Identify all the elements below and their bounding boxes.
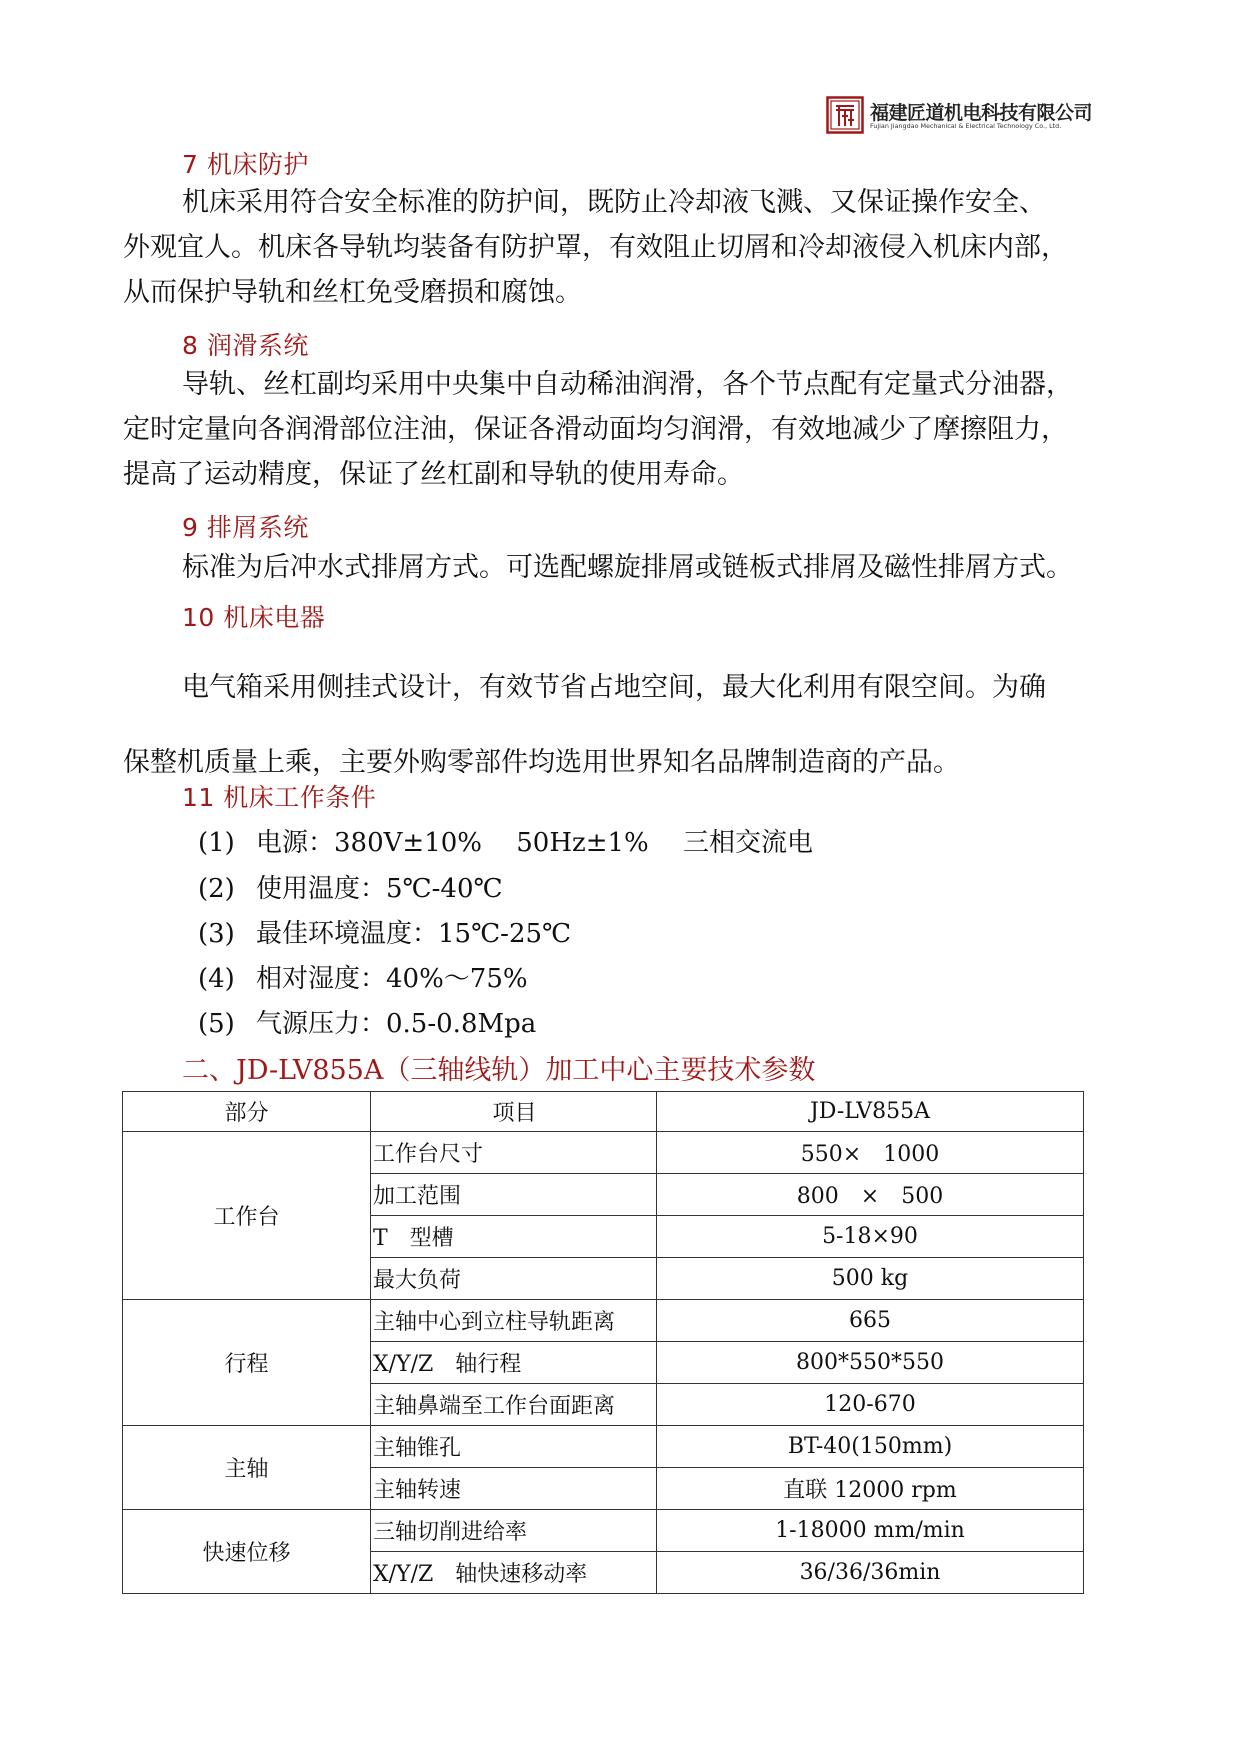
item-cell: 主轴鼻端至工作台面距离 bbox=[371, 1384, 657, 1426]
company-name-cn: 福建匠道机电科技有限公司 bbox=[870, 98, 1092, 125]
spec-section-title: 二、JD-LV855A（三轴线轨）加工中心主要技术参数 bbox=[182, 1048, 815, 1087]
value-cell: 1-18000 mm/min bbox=[657, 1510, 1084, 1552]
column-header-part: 部分 bbox=[123, 1092, 371, 1132]
section-body-chip-removal: 标准为后冲水式排屑方式。可选配螺旋排屑或链板式排屑及磁性排屑方式。 bbox=[123, 545, 1123, 590]
value-cell: 120-670 bbox=[657, 1384, 1084, 1426]
part-cell: 主轴 bbox=[123, 1426, 371, 1510]
text-line: 外观宜人。机床各导轨均装备有防护罩，有效阻止切屑和冷却液侵入机床内部， bbox=[123, 225, 1123, 270]
section-heading-electrical: 10 机床电器 bbox=[182, 598, 325, 634]
item-cell: 主轴锥孔 bbox=[371, 1426, 657, 1468]
value-cell: 800*550*550 bbox=[657, 1342, 1084, 1384]
value-cell: 直联 12000 rpm bbox=[657, 1468, 1084, 1510]
part-cell: 行程 bbox=[123, 1300, 371, 1426]
column-header-model: JD-LV855A bbox=[657, 1092, 1084, 1132]
condition-item: (2)使用温度：5℃-40℃ bbox=[198, 868, 503, 905]
text-line: 提高了运动精度，保证了丝杠副和导轨的使用寿命。 bbox=[123, 452, 1123, 497]
condition-item: (1)电源：380V±10% 50Hz±1% 三相交流电 bbox=[198, 822, 813, 859]
value-cell: 550× 1000 bbox=[657, 1132, 1084, 1174]
part-cell: 工作台 bbox=[123, 1132, 371, 1300]
item-cell: 最大负荷 bbox=[371, 1258, 657, 1300]
table-row: 工作台 工作台尺寸 550× 1000 bbox=[123, 1132, 1084, 1174]
section-heading-protection: 7 机床防护 bbox=[182, 145, 309, 181]
value-cell: 800 × 500 bbox=[657, 1174, 1084, 1216]
company-logo: 福建匠道机电科技有限公司 Fujian Jiangdao Mechanical … bbox=[826, 96, 1116, 136]
value-cell: 500 kg bbox=[657, 1258, 1084, 1300]
value-cell: 5-18×90 bbox=[657, 1216, 1084, 1258]
text-line: 电气箱采用侧挂式设计，有效节省占地空间，最大化利用有限空间。为确 bbox=[123, 650, 1123, 725]
spec-table: 部分 项目 JD-LV855A 工作台 工作台尺寸 550× 1000 加工范围… bbox=[122, 1091, 1084, 1594]
table-row: 行程 主轴中心到立柱导轨距离 665 bbox=[123, 1300, 1084, 1342]
section-heading-lubrication: 8 润滑系统 bbox=[182, 326, 309, 362]
company-logo-icon bbox=[826, 96, 864, 134]
table-row: 快速位移 三轴切削进给率 1-18000 mm/min bbox=[123, 1510, 1084, 1552]
part-cell: 快速位移 bbox=[123, 1510, 371, 1594]
item-cell: 主轴转速 bbox=[371, 1468, 657, 1510]
item-cell: 工作台尺寸 bbox=[371, 1132, 657, 1174]
text-line: 机床采用符合安全标准的防护间，既防止冷却液飞溅、又保证操作安全、 bbox=[123, 180, 1123, 225]
section-body-lubrication: 导轨、丝杠副均采用中央集中自动稀油润滑，各个节点配有定量式分油器， 定时定量向各… bbox=[123, 362, 1123, 497]
condition-item: (3)最佳环境温度：15℃-25℃ bbox=[198, 913, 571, 950]
value-cell: BT-40(150mm) bbox=[657, 1426, 1084, 1468]
item-cell: 三轴切削进给率 bbox=[371, 1510, 657, 1552]
item-cell: T 型槽 bbox=[371, 1216, 657, 1258]
condition-item: (4)相对湿度：40%～75% bbox=[198, 958, 528, 995]
section-body-protection: 机床采用符合安全标准的防护间，既防止冷却液飞溅、又保证操作安全、 外观宜人。机床… bbox=[123, 180, 1123, 315]
value-cell: 665 bbox=[657, 1300, 1084, 1342]
item-cell: X/Y/Z 轴行程 bbox=[371, 1342, 657, 1384]
text-line: 定时定量向各润滑部位注油，保证各滑动面均匀润滑，有效地减少了摩擦阻力， bbox=[123, 407, 1123, 452]
table-row: 主轴 主轴锥孔 BT-40(150mm) bbox=[123, 1426, 1084, 1468]
item-cell: X/Y/Z 轴快速移动率 bbox=[371, 1552, 657, 1594]
text-line: 导轨、丝杠副均采用中央集中自动稀油润滑，各个节点配有定量式分油器， bbox=[123, 362, 1123, 407]
section-heading-chip-removal: 9 排屑系统 bbox=[182, 508, 309, 544]
column-header-item: 项目 bbox=[371, 1092, 657, 1132]
text-line: 标准为后冲水式排屑方式。可选配螺旋排屑或链板式排屑及磁性排屑方式。 bbox=[123, 545, 1123, 590]
condition-item: (5)气源压力：0.5-0.8Mpa bbox=[198, 1003, 536, 1040]
item-cell: 加工范围 bbox=[371, 1174, 657, 1216]
section-heading-working-conditions: 11 机床工作条件 bbox=[182, 778, 376, 814]
text-line: 从而保护导轨和丝杠免受磨损和腐蚀。 bbox=[123, 270, 1123, 315]
item-cell: 主轴中心到立柱导轨距离 bbox=[371, 1300, 657, 1342]
company-name-en: Fujian Jiangdao Mechanical & Electrical … bbox=[870, 122, 1061, 130]
value-cell: 36/36/36min bbox=[657, 1552, 1084, 1594]
table-header-row: 部分 项目 JD-LV855A bbox=[123, 1092, 1084, 1132]
